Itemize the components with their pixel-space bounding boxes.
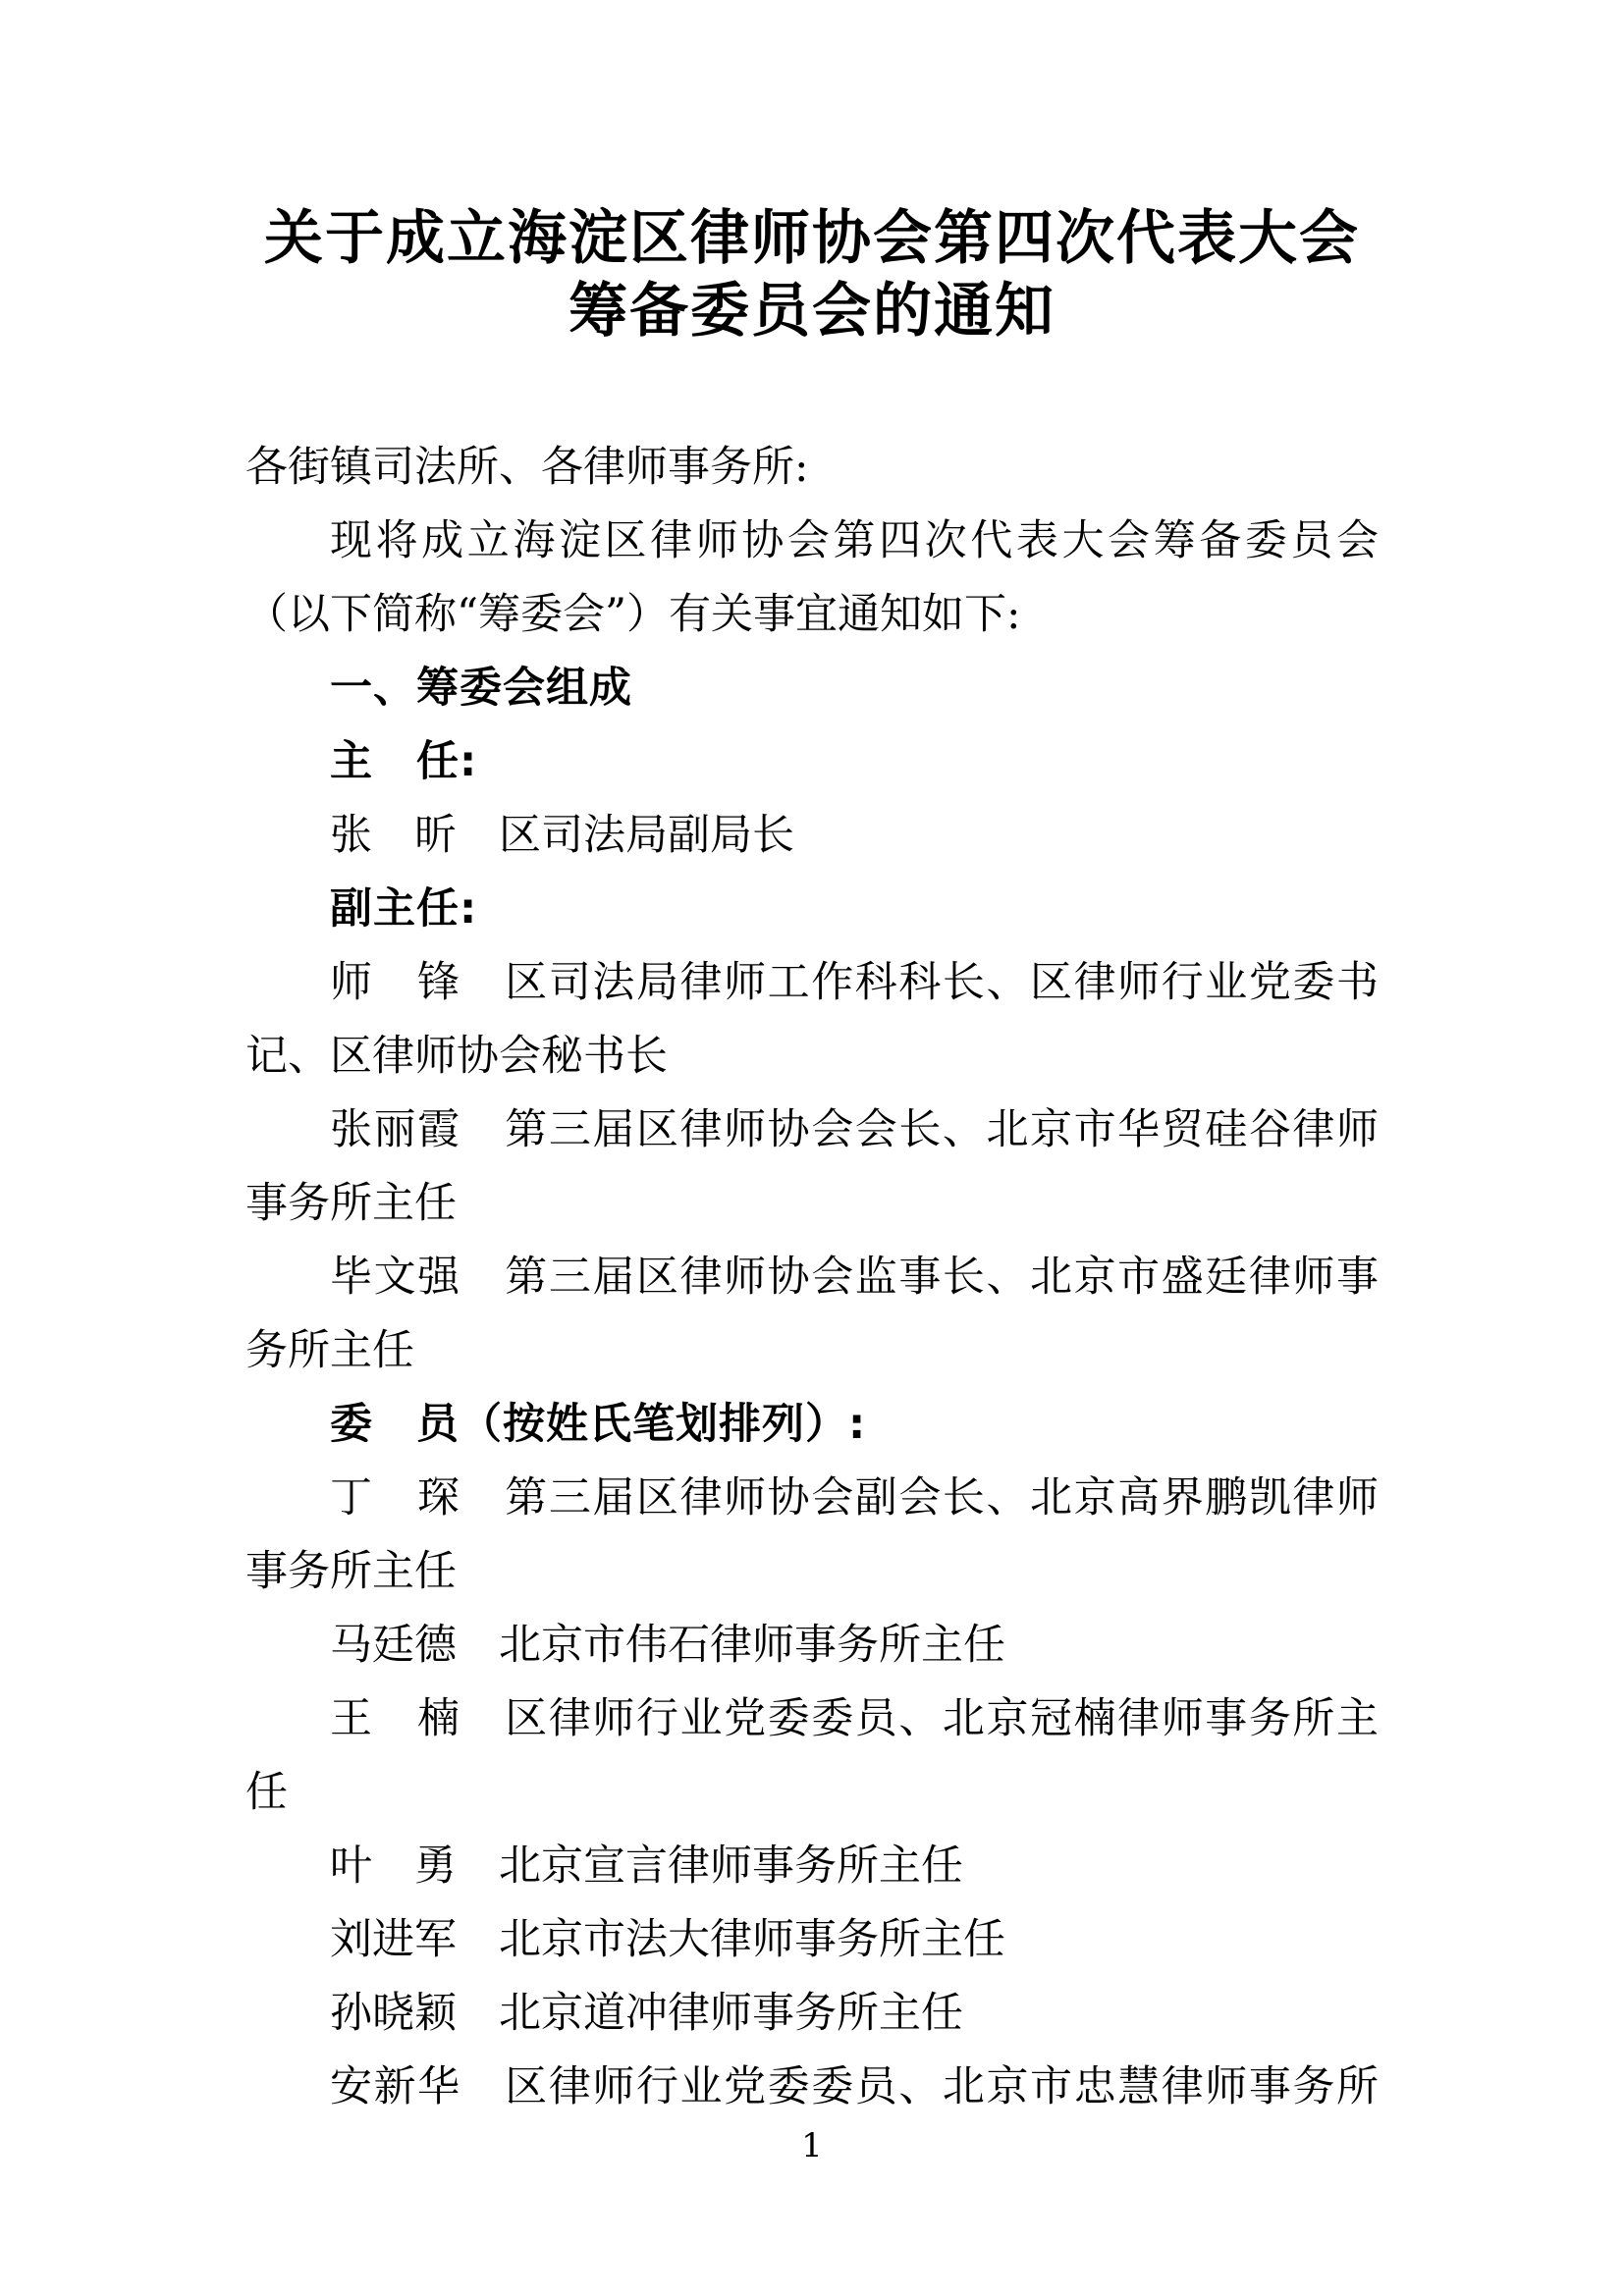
member-line-matingde: 马廷德 北京市伟石律师事务所主任 [245, 1609, 1379, 1682]
member-line-dingchen-1: 丁 琛 第三届区律师协会副会长、北京高界鹏凯律师 [245, 1462, 1379, 1535]
body-line-intro-1: 现将成立海淀区律师协会第四次代表大会筹备委员会 [245, 505, 1379, 578]
member-line-shifeng-2: 记、区律师协会秘书长 [245, 1020, 1379, 1094]
document-title: 关于成立海淀区律师协会第四次代表大会 筹备委员会的通知 [245, 202, 1379, 347]
member-line-yeyong: 叶 勇 北京宣言律师事务所主任 [245, 1830, 1379, 1903]
member-line-anxinhua: 安新华 区律师行业党委委员、北京市忠慧律师事务所 [245, 2051, 1379, 2124]
member-line-biwenqiang-2: 务所主任 [245, 1314, 1379, 1388]
member-line-wangnan-1: 王 楠 区律师行业党委委员、北京冠楠律师事务所主 [245, 1682, 1379, 1756]
title-line-1: 关于成立海淀区律师协会第四次代表大会 [245, 202, 1379, 275]
member-line-dingchen-2: 事务所主任 [245, 1535, 1379, 1609]
member-line-zhanglixia-2: 事务所主任 [245, 1167, 1379, 1241]
heading-section-1: 一、筹委会组成 [245, 652, 1379, 725]
body-line-intro-2: （以下简称“筹委会”）有关事宜通知如下: [245, 578, 1379, 652]
member-line-wangnan-2: 任 [245, 1756, 1379, 1830]
member-line-zhangxin: 张 昕 区司法局副局长 [245, 799, 1379, 873]
member-line-biwenqiang-1: 毕文强 第三届区律师协会监事长、北京市盛廷律师事 [245, 1241, 1379, 1314]
document-page: 关于成立海淀区律师协会第四次代表大会 筹备委员会的通知 各街镇司法所、各律师事务… [0, 0, 1624, 2296]
member-line-shifeng-1: 师 锋 区司法局律师工作科科长、区律师行业党委书 [245, 946, 1379, 1020]
member-line-zhanglixia-1: 张丽霞 第三届区律师协会会长、北京市华贸硅谷律师 [245, 1094, 1379, 1167]
title-line-2: 筹备委员会的通知 [245, 275, 1379, 347]
page-number: 1 [245, 2126, 1379, 2165]
body-line-salutation: 各街镇司法所、各律师事务所: [245, 431, 1379, 505]
heading-committee-members: 委 员（按姓氏笔划排列）: [245, 1388, 1379, 1462]
heading-deputy-directors: 副主任: [245, 873, 1379, 946]
document-body: 各街镇司法所、各律师事务所: 现将成立海淀区律师协会第四次代表大会筹备委员会 （… [245, 431, 1379, 2124]
heading-director: 主 任: [245, 725, 1379, 799]
member-line-sunxiaoying: 孙晓颖 北京道冲律师事务所主任 [245, 1977, 1379, 2051]
member-line-liujinjun: 刘进军 北京市法大律师事务所主任 [245, 1903, 1379, 1977]
